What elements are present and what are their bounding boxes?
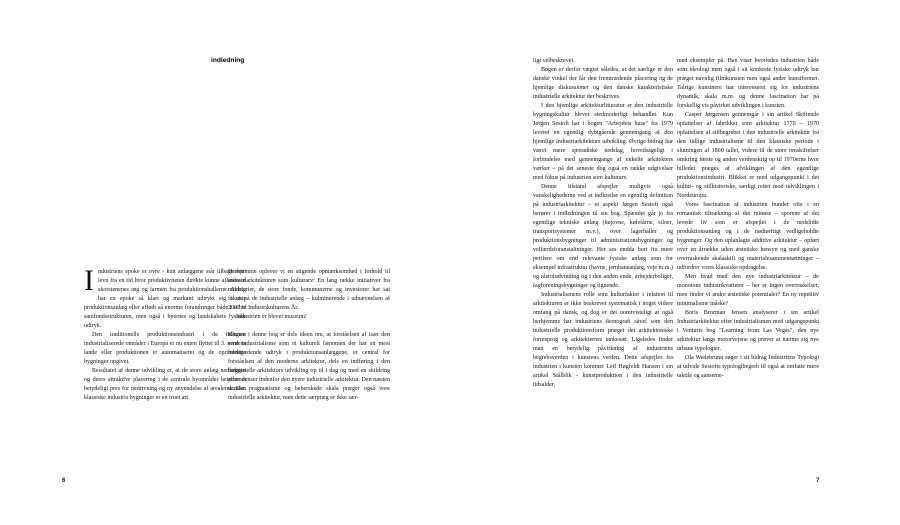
paragraph: Industriens epoke er ovre - kun anlæggen… bbox=[84, 268, 246, 331]
left-column-1: Industriens epoke er ovre - kun anlæggen… bbox=[84, 268, 246, 403]
drop-cap: I bbox=[84, 269, 94, 296]
paragraph: ligt velbeskrevet. bbox=[533, 57, 673, 66]
paragraph: Den traditionelle produktionsindustri i … bbox=[84, 331, 246, 367]
paragraph: Industrien er blevet museum! bbox=[228, 313, 390, 322]
paragraph: Kernen i denne bog er dels ideen om, at … bbox=[228, 331, 390, 403]
left-page: indledning Industriens epoke er ovre - k… bbox=[0, 0, 450, 525]
paragraph: Industrialismens rolle som kulturfaktor … bbox=[533, 291, 673, 390]
right-column-2: med eksempler på. Han viser hvorledes in… bbox=[677, 57, 819, 381]
paragraph: Vores fascination af industrien bunder o… bbox=[677, 201, 819, 273]
paragraph: Ola Wedebrunn søger i sit bidrag Industr… bbox=[677, 354, 819, 381]
paragraph: Casper Jørgensen gennemgår i sin artikel… bbox=[677, 111, 819, 201]
paragraph: med eksempler på. Han viser hvorledes in… bbox=[677, 57, 819, 111]
paragraph: Bogen er derfor vægtet således, at det s… bbox=[533, 66, 673, 102]
right-page: ligt velbeskrevet. Bogen er derfor vægte… bbox=[450, 0, 900, 525]
right-column-1: ligt velbeskrevet. Bogen er derfor vægte… bbox=[533, 57, 673, 390]
paragraph: Resultatet af denne udvikling er, at de … bbox=[84, 367, 246, 403]
paragraph: Men hvad med den nye industriarkitektur … bbox=[677, 273, 819, 309]
paragraph: I den hjemlige arkitekturlitteratur er d… bbox=[533, 102, 673, 183]
page-number: 7 bbox=[816, 478, 819, 484]
paragraph: Denne tilstand afspejler muligvis også v… bbox=[533, 183, 673, 291]
paragraph: Boris Brorman Jensen analyserer i sin ar… bbox=[677, 309, 819, 354]
left-column-2: Herhjemme oplever vi en stigende opmærks… bbox=[228, 268, 390, 403]
section-title: indledning bbox=[211, 57, 244, 64]
page-number: 6 bbox=[62, 478, 65, 484]
paragraph: Herhjemme oplever vi en stigende opmærks… bbox=[228, 268, 390, 313]
